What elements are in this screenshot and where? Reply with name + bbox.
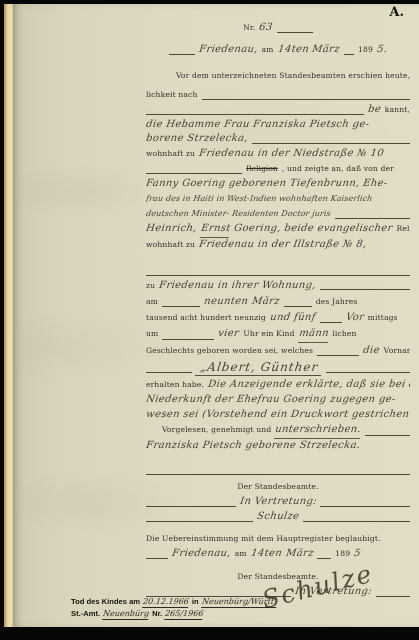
printed-text: Vorgelesen, genehmigt und: [162, 423, 271, 438]
ruled-line: [146, 372, 192, 373]
handwritten-text: Fanny Goering geborenen Tiefenbrunn, Ehe…: [146, 177, 388, 192]
stamp-line: Tod des Kindes am 20.12.1966 in Neuenbür…: [71, 596, 321, 608]
handwritten-text: Friedenau in der Niedstraße № 10: [198, 147, 385, 162]
line-midwife-signature: Franziska Pietsch geborene Strzelecka.: [146, 439, 410, 454]
handwritten-text: borene Strzelecka,: [146, 132, 249, 147]
handwritten-text: März: [311, 43, 341, 58]
handwritten-text: 14ten: [276, 43, 309, 58]
ruled-line: [317, 558, 331, 559]
handwritten-text: und fünf: [269, 311, 317, 326]
line-intro-2: lichkeit nach: [146, 88, 410, 103]
ruled-line: [326, 372, 410, 373]
printed-text: zu: [146, 279, 155, 294]
ruled-line: [146, 474, 410, 475]
handwritten-text-small: deutschen Minister- Residenten Doctor ju…: [146, 207, 332, 222]
stamp-handwritten-place: Neuenbürg/Württ.: [201, 596, 277, 608]
ruled-line: [320, 506, 410, 507]
line-sex: Geschlechts geboren worden sei, welchesd…: [146, 344, 410, 359]
printed-text: des Jahres: [316, 295, 358, 310]
printed-text: wohnhaft zu: [146, 238, 195, 253]
line-rule: [146, 264, 410, 279]
ruled-line: [202, 99, 410, 100]
handwritten-text: Franziska Pietsch geborene Strzelecka.: [146, 439, 361, 454]
line-place-date-bottom: Friedenau,am14tenMärz1895: [146, 547, 410, 562]
ruled-line: [146, 275, 410, 276]
handwritten-text: Friedenau,: [171, 547, 232, 562]
printed-text: kannt,: [385, 103, 410, 118]
printed-text: um: [146, 327, 158, 342]
line-certification: Die Uebereinstimmung mit dem Hauptregist…: [146, 532, 410, 547]
printed-text: , und zeigte an, daß von der: [282, 162, 394, 177]
stamp-handwritten-date: 20.12.1966: [142, 596, 189, 608]
ruled-line: [320, 289, 410, 290]
handwritten-text: die: [362, 344, 381, 359]
handwritten-text: Goering, beide evangelischer: [233, 222, 394, 237]
line-in-vertretung-1: In Vertretung:: [146, 495, 410, 510]
handwritten-text: vier: [217, 327, 240, 342]
printed-text: Vornamen: [384, 344, 410, 359]
line-registrar-title-1: Der Standesbeamte.: [146, 480, 410, 495]
ruled-line: [344, 54, 354, 55]
line-declaration-3: wesen sei (Vorstehend ein Druckwort gest…: [146, 408, 410, 423]
line-birthtime: umvierUhr ein Kindmännlichen: [146, 327, 410, 343]
handwritten-text: 14ten: [250, 547, 283, 562]
handwritten-text: die Hebamme Frau Franziska Pietsch ge-: [146, 118, 370, 133]
line-birthplace: zuFriedenau in ihrer Wohnung,: [146, 279, 410, 294]
ruled-line: [303, 521, 410, 522]
line-mother-1: Fanny Goering geborenen Tiefenbrunn, Ehe…: [146, 177, 410, 192]
line-child-name: „Albert, Günther: [146, 360, 410, 376]
handwritten-text-underlined: männ: [297, 327, 329, 343]
printed-text: Nr.: [243, 21, 255, 36]
handwritten-text: Friedenau in der Illstraße № 8,: [198, 238, 367, 253]
handwritten-text: Friedenau in ihrer Wohnung,: [158, 279, 317, 294]
handwritten-text: Die Anzeigende erklärte, daß sie bei der: [207, 378, 410, 393]
death-annotation-stamp: Tod des Kindes am 20.12.1966 in Neuenbür…: [71, 596, 321, 620]
handwritten-text-underlined: unterschrieben.: [274, 423, 362, 439]
ruled-line: [146, 521, 253, 522]
child-name-entry: „Albert, Günther: [195, 360, 323, 376]
ruled-line: [162, 339, 214, 340]
handwritten-text: In Vertretung:: [239, 495, 318, 510]
printed-text: Der Standesbeamte.: [237, 480, 318, 495]
printed-text: tausend acht hundert neunzig: [146, 311, 266, 326]
line-father-3: Heinrich,ErnstGoering, beide evangelisch…: [146, 222, 410, 238]
line-record-number: Nr.63: [146, 21, 410, 36]
printed-text: Geschlechts geboren worden sei, welches: [146, 344, 313, 359]
ruled-line: [277, 32, 313, 33]
line-father-1: frau des in Haiti in West-Indien wohnhaf…: [146, 192, 410, 207]
line-birthdate-1: amneuntenMärzdes Jahres: [146, 295, 410, 310]
line-bekannt: bekannt,: [146, 103, 410, 118]
stamp-handwritten-number: 265/1966: [164, 608, 204, 620]
handwritten-text: Vor: [344, 311, 364, 326]
handwritten-text: Heinrich,: [146, 222, 198, 237]
handwritten-text: 5.: [376, 43, 388, 58]
line-religion-struck: Religion, und zeigte an, daß von der: [146, 162, 410, 177]
printed-text: erhalten habe.: [146, 378, 204, 393]
line-declaration-1: erhalten habe.Die Anzeigende erklärte, d…: [146, 378, 410, 393]
printed-text: 189: [335, 547, 350, 562]
handwritten-text-small: frau des in Haiti in West-Indien wohnhaf…: [146, 192, 373, 207]
stamp-printed-text: in: [192, 596, 199, 607]
line-father-2: deutschen Minister- Residenten Doctor ju…: [146, 207, 410, 222]
handwritten-text: be: [367, 103, 382, 118]
line-schulze-1: Schulze: [146, 510, 410, 525]
printed-text: mittags: [368, 311, 398, 326]
ruled-line: [146, 506, 236, 507]
printed-text: wohnhaft zu: [146, 147, 195, 162]
ruled-line: [169, 54, 195, 55]
ruled-line: [284, 306, 312, 307]
stamp-handwritten-office: Neuenbürg: [102, 608, 150, 620]
ruled-line: [162, 306, 200, 307]
handwritten-text: Niederkunft der Ehefrau Goering zugegen …: [146, 393, 397, 408]
document-body: Nr.63Friedenau,am14tenMärz1895.Vor dem u…: [146, 19, 410, 600]
ruled-line: [317, 355, 359, 356]
line-midwife-2: borene Strzelecka,: [146, 132, 410, 147]
line-midwife-residence: wohnhaft zuFriedenau in der Niedstraße №…: [146, 147, 410, 162]
line-intro-1: Vor dem unterzeichneten Standesbeamten e…: [146, 69, 410, 84]
ruled-line: [146, 114, 364, 115]
handwritten-text: neunten: [203, 295, 249, 310]
ruled-line: [320, 322, 342, 323]
ruled-line: [365, 435, 410, 436]
printed-text: Uhr ein Kind: [243, 327, 294, 342]
handwritten-text: März: [251, 295, 281, 310]
printed-text: 189: [358, 43, 373, 58]
line-place-date-top: Friedenau,am14tenMärz1895.: [146, 43, 410, 58]
line-declaration-2: Niederkunft der Ehefrau Goering zugegen …: [146, 393, 410, 408]
line-vorgelesen: Vorgelesen, genehmigt undunterschrieben.: [146, 423, 410, 439]
ruled-line: [146, 558, 168, 559]
registry-page: A. Nr.63Friedenau,am14tenMärz1895.Vor de…: [13, 4, 419, 627]
handwritten-text-underlined: Ernst: [200, 222, 232, 238]
printed-text: Die Uebereinstimmung mit dem Hauptregist…: [146, 532, 381, 547]
handwritten-text: Schulze: [256, 510, 300, 525]
printed-text: lichkeit nach: [146, 88, 198, 103]
ruled-line: [376, 596, 410, 597]
line-parents-residence: wohnhaft zuFriedenau in der Illstraße № …: [146, 238, 410, 253]
handwritten-text: wesen sei (Vorstehend ein Druckwort gest…: [146, 408, 410, 423]
ruled-line: [252, 143, 410, 144]
line-midwife-1: die Hebamme Frau Franziska Pietsch ge-: [146, 118, 410, 133]
scanned-registry-document: { "page": { "corner_letter": "A.", "colo…: [0, 0, 419, 640]
line-rule-2: [146, 464, 410, 479]
handwritten-text: März: [285, 547, 315, 562]
line-birthdate-2: tausend acht hundert neunzigund fünfVorm…: [146, 311, 410, 326]
ruled-line: [146, 173, 242, 174]
ruled-line: [335, 218, 410, 219]
stamp-printed-text: St.-Amt.: [71, 608, 100, 619]
printed-text: am: [146, 295, 158, 310]
stamp-line: St.-Amt. Neuenbürg Nr. 265/1966: [71, 608, 321, 620]
printed-text: lichen: [332, 327, 356, 342]
handwritten-text: 63: [258, 21, 274, 36]
printed-text: Religion,: [397, 222, 410, 237]
stamp-printed-text: Nr.: [152, 608, 162, 619]
printed-text: Vor dem unterzeichneten Standesbeamten e…: [176, 69, 410, 84]
handwritten-text: Friedenau,: [198, 43, 259, 58]
corner-letter: A.: [389, 5, 404, 20]
printed-text: am: [235, 547, 247, 562]
printed-text-struck: Religion: [246, 162, 278, 177]
printed-text: am: [261, 43, 273, 58]
stamp-printed-text: Tod des Kindes am: [71, 596, 140, 607]
